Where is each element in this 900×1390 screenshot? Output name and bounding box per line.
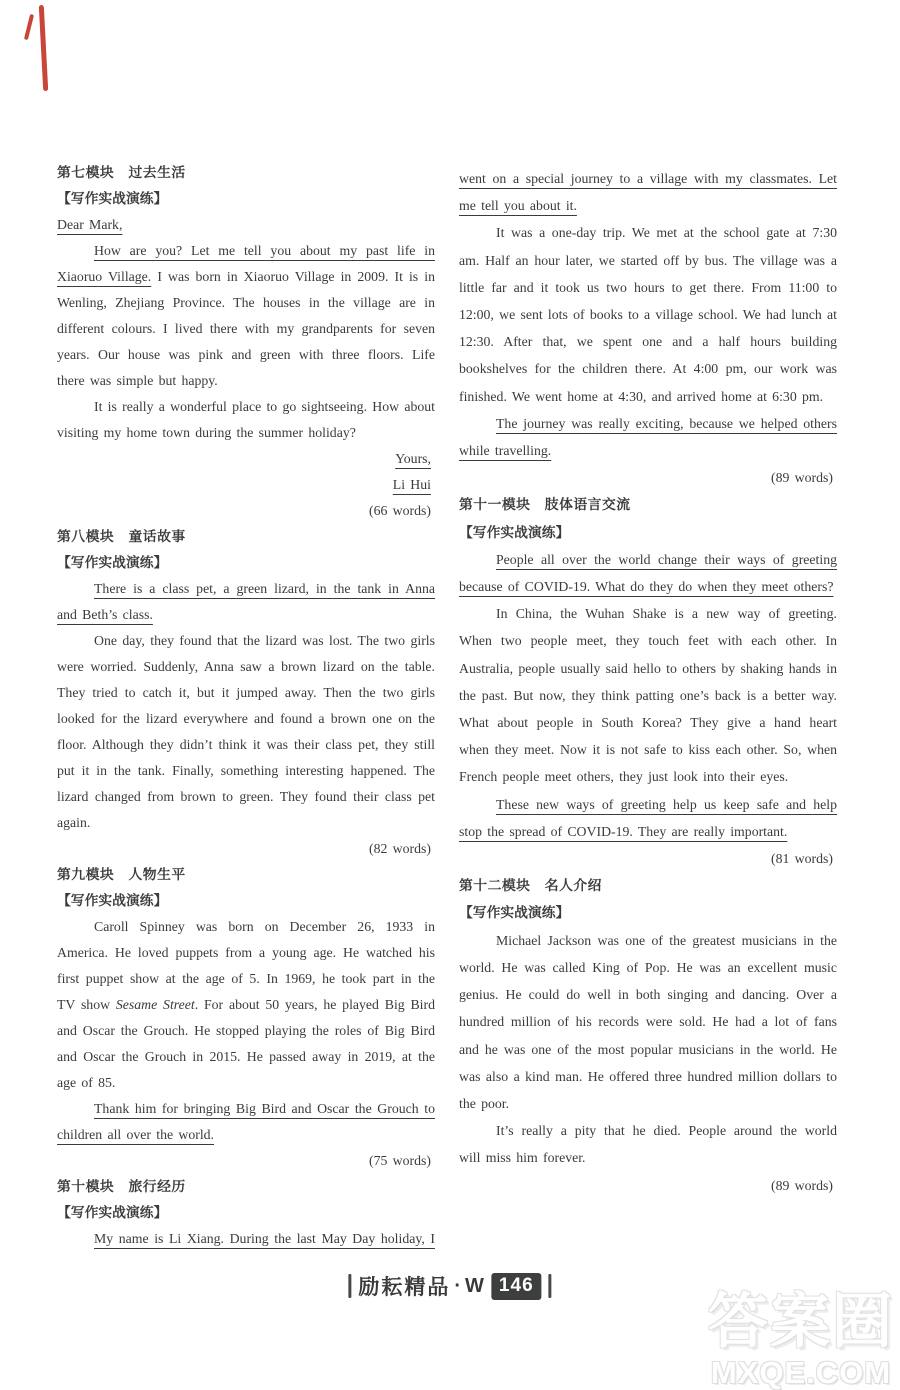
watermark: 答案圈 MXQE.COM <box>708 1292 894 1388</box>
underlined-text: There is a class pet, a green lizard, in… <box>57 581 435 622</box>
page-number: 146 <box>491 1273 542 1300</box>
underlined-text: These new ways of greeting help us keep … <box>459 797 837 839</box>
module-8-heading: 第八模块 童话故事 <box>57 524 435 550</box>
essay-paragraph: People all over the world change their w… <box>459 546 837 600</box>
underlined-text: Yours, <box>395 451 431 466</box>
word-count: (81 words) <box>459 845 837 872</box>
essay-paragraph: There is a class pet, a green lizard, in… <box>57 576 435 628</box>
red-pen-mark-icon <box>39 5 48 91</box>
essay-paragraph: Michael Jackson was one of the greatest … <box>459 927 837 1117</box>
series-letter: W <box>465 1275 484 1298</box>
essay-salutation: Dear Mark, <box>57 212 435 238</box>
essay-paragraph: It’s really a pity that he died. People … <box>459 1117 837 1171</box>
essay-paragraph: How are you? Let me tell you about my pa… <box>57 238 435 394</box>
writing-practice-label: 【写作实战演练】 <box>57 186 435 212</box>
watermark-site-text: MXQE.COM <box>708 1357 894 1388</box>
essay-paragraph: One day, they found that the lizard was … <box>57 628 435 836</box>
underlined-text: Thank him for bringing Big Bird and Osca… <box>57 1101 435 1142</box>
word-count: (66 words) <box>57 498 435 524</box>
underlined-text: Dear Mark, <box>57 217 122 232</box>
footer-page-badge: 励耘精品 · W 146 <box>348 1271 551 1301</box>
badge-left-bar <box>348 1274 351 1298</box>
writing-practice-label: 【写作实战演练】 <box>459 899 837 926</box>
essay-paragraph: My name is Li Xiang. During the last May… <box>57 1226 435 1252</box>
essay-paragraph: It was a one-day trip. We met at the sch… <box>459 219 837 409</box>
essay-paragraph: went on a special journey to a village w… <box>459 165 837 219</box>
letter-closing: Yours, <box>57 446 435 472</box>
word-count: (82 words) <box>57 836 435 862</box>
watermark-stamp-text: 答案圈 <box>708 1292 894 1352</box>
right-column: went on a special journey to a village w… <box>459 165 837 1199</box>
essay-paragraph: It is really a wonderful place to go sig… <box>57 394 435 446</box>
brand-name: 励耘精品 <box>358 1271 450 1301</box>
essay-paragraph: The journey was really exciting, because… <box>459 410 837 464</box>
essay-text: I was born in Xiaoruo Village in 2009. I… <box>57 269 435 388</box>
writing-practice-label: 【写作实战演练】 <box>57 1200 435 1226</box>
essay-paragraph: In China, the Wuhan Shake is a new way o… <box>459 600 837 790</box>
underlined-text: My name is Li Xiang. During the last May… <box>94 1231 435 1246</box>
module-7-heading: 第七模块 过去生活 <box>57 160 435 186</box>
letter-signature: Li Hui <box>57 472 435 498</box>
module-9-heading: 第九模块 人物生平 <box>57 862 435 888</box>
underlined-text: Li Hui <box>393 477 431 492</box>
module-10-heading: 第十模块 旅行经历 <box>57 1174 435 1200</box>
underlined-text: The journey was really exciting, because… <box>459 416 837 458</box>
left-column: 第七模块 过去生活 【写作实战演练】 Dear Mark, How are yo… <box>57 160 435 1252</box>
writing-practice-label: 【写作实战演练】 <box>57 550 435 576</box>
italic-title-text: Sesame Street <box>116 997 195 1012</box>
word-count: (89 words) <box>459 464 837 491</box>
scanned-textbook-page: 第七模块 过去生活 【写作实战演练】 Dear Mark, How are yo… <box>0 0 900 1390</box>
module-11-heading: 第十一模块 肢体语言交流 <box>459 491 837 518</box>
module-12-heading: 第十二模块 名人介绍 <box>459 872 837 899</box>
brand-separator: · <box>454 1275 461 1298</box>
writing-practice-label: 【写作实战演练】 <box>459 519 837 546</box>
underlined-text: went on a special journey to a village w… <box>459 171 837 213</box>
red-pen-mark-icon <box>24 14 34 40</box>
essay-paragraph: Thank him for bringing Big Bird and Osca… <box>57 1096 435 1148</box>
word-count: (89 words) <box>459 1172 837 1199</box>
badge-right-bar <box>549 1274 552 1298</box>
underlined-text: People all over the world change their w… <box>459 552 837 594</box>
essay-paragraph: Caroll Spinney was born on December 26, … <box>57 914 435 1096</box>
essay-paragraph: These new ways of greeting help us keep … <box>459 791 837 845</box>
word-count: (75 words) <box>57 1148 435 1174</box>
writing-practice-label: 【写作实战演练】 <box>57 888 435 914</box>
